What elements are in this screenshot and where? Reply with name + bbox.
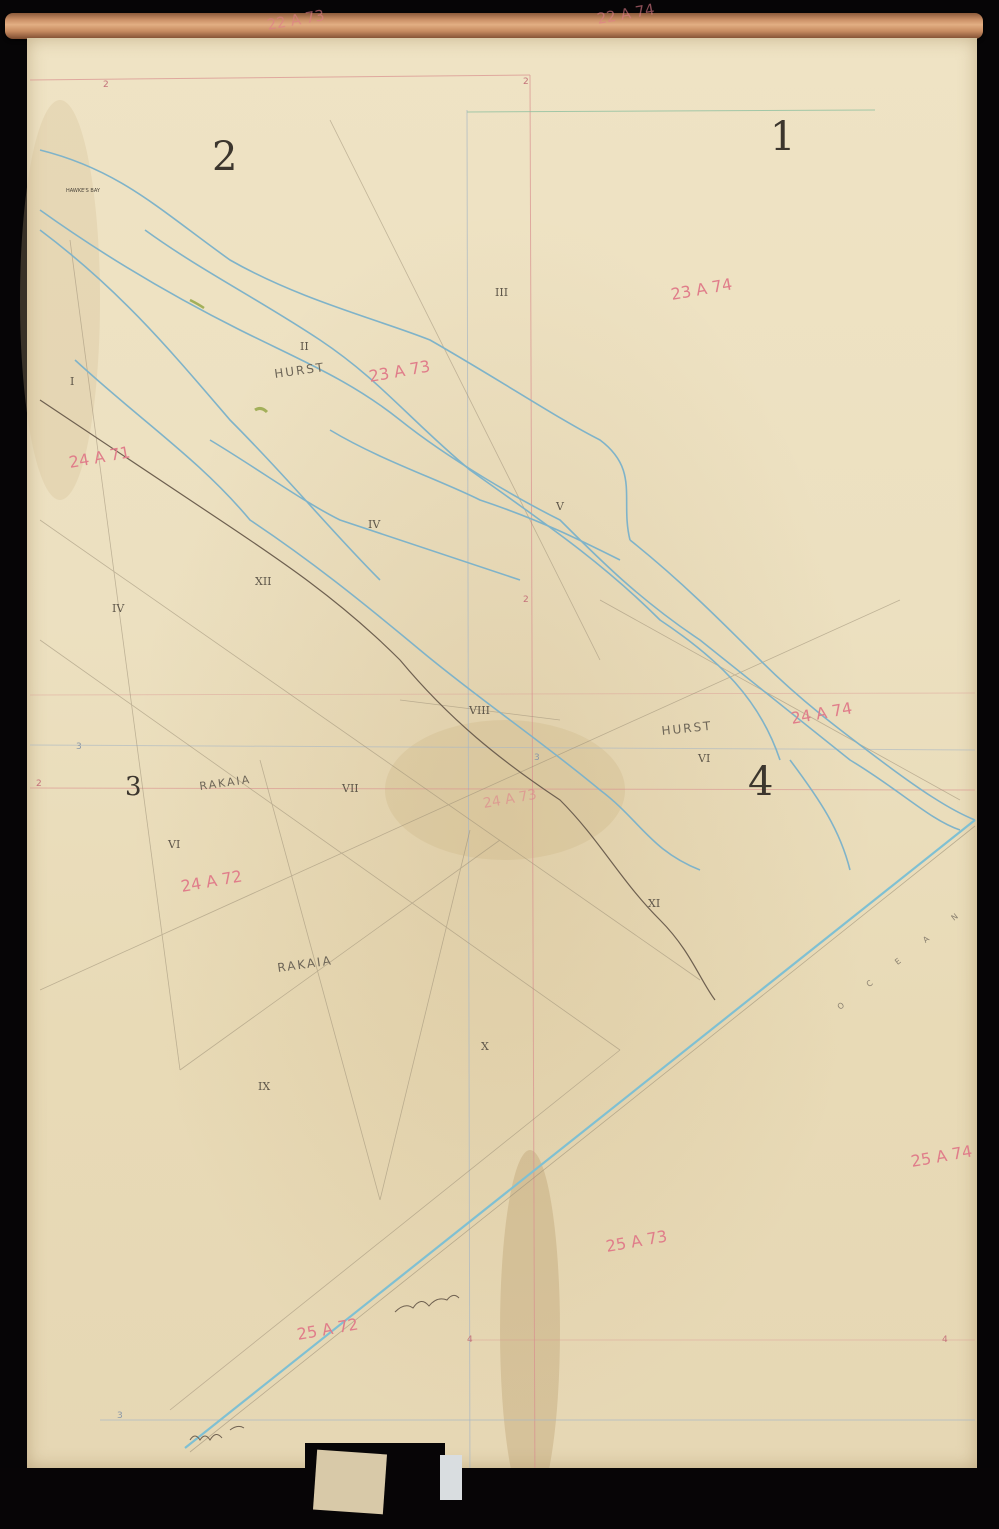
- torn-paper-edge: [0, 1468, 999, 1529]
- block-label: IV: [112, 602, 125, 615]
- grid-number: 4: [467, 1335, 473, 1345]
- water-stain: [20, 100, 100, 500]
- block-label: VI: [167, 838, 180, 851]
- grid-number: 2: [103, 80, 109, 90]
- block-label: IX: [258, 1080, 270, 1093]
- coastline: [185, 820, 975, 1448]
- tape-patch: [440, 1455, 462, 1500]
- block-label: VI: [697, 752, 710, 765]
- sheet-number-3: 3: [125, 772, 142, 802]
- district-label-hurst: HURST: [273, 360, 326, 381]
- block-label: II: [300, 340, 309, 353]
- sheet-stamp: 25 A 74: [909, 1141, 973, 1170]
- sheet-stamp: 25 A 73: [604, 1226, 668, 1255]
- block-label: VIII: [468, 704, 490, 717]
- sheet-number-2: 2: [212, 134, 237, 180]
- sheet-stamp: 24 A 74: [789, 698, 853, 727]
- vegetation-mark: [255, 408, 267, 412]
- water-stain: [500, 1150, 560, 1510]
- block-label: XII: [255, 575, 272, 588]
- block-label: X: [481, 1040, 489, 1053]
- sheet-stamp: 23 A 73: [367, 356, 431, 385]
- block-label: I: [70, 375, 74, 388]
- district-label-rakaia: RAKAIA: [276, 953, 333, 975]
- grid-number: 2: [36, 779, 42, 789]
- map-viewer: 2 1 3 4 HURST HURST RAKAIA RAKAIA I II I…: [0, 0, 999, 1529]
- coastal-notation: [190, 1295, 459, 1440]
- block-label: IV: [368, 518, 381, 531]
- grid-number: 2: [523, 77, 529, 87]
- block-label: XI: [648, 897, 660, 910]
- sheet-stamp: 24 A 72: [179, 866, 243, 895]
- grid-number: 3: [76, 742, 82, 752]
- sheet-stamp: 22 A 73: [266, 6, 326, 34]
- sheet-stamp: 25 A 72: [295, 1314, 359, 1343]
- district-label-hurst: HURST: [661, 719, 713, 738]
- grid-number: 4: [942, 1335, 948, 1345]
- sheet-number-1: 1: [770, 114, 795, 160]
- grid-number: 2: [523, 595, 529, 605]
- block-label: III: [495, 286, 508, 299]
- grid-number: 3: [117, 1411, 123, 1421]
- small-note: HAWKE'S BAY: [66, 188, 101, 194]
- ocean-label: O C E A N: [836, 903, 971, 1011]
- grid-number: 3: [534, 753, 540, 763]
- repair-patch: [313, 1450, 387, 1515]
- sheet-stamp: 23 A 74: [669, 274, 733, 303]
- block-label: VII: [341, 782, 359, 795]
- district-label-rakaia: RAKAIA: [199, 773, 252, 793]
- terrace-line: [40, 400, 715, 1000]
- block-label: V: [555, 500, 565, 513]
- map-drawing: 2 1 3 4 HURST HURST RAKAIA RAKAIA I II I…: [0, 0, 999, 1529]
- sheet-number-4: 4: [748, 759, 773, 805]
- sheet-stamp: 22 A 74: [596, 0, 656, 28]
